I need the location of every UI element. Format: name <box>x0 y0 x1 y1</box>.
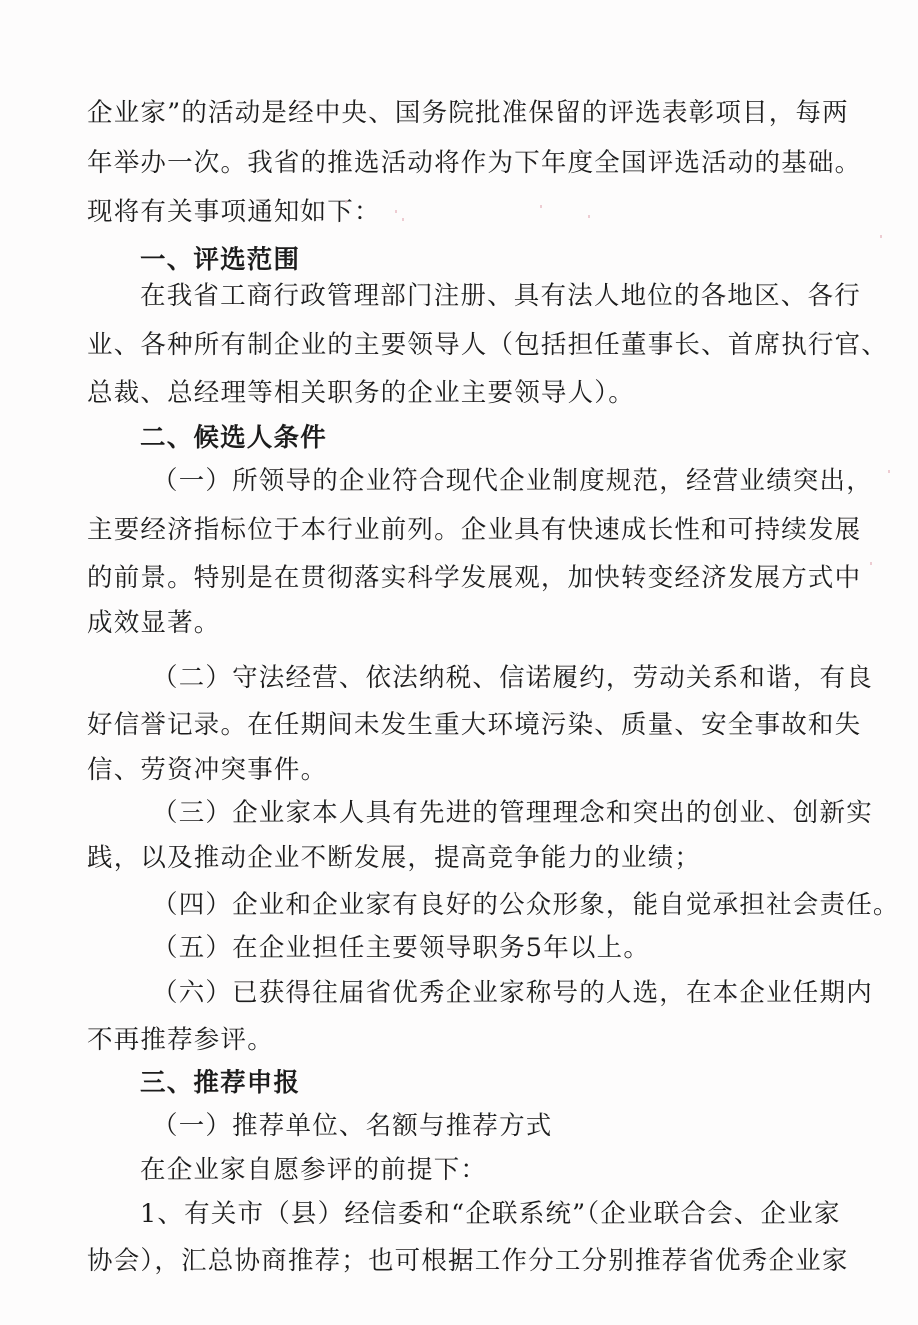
text-line: （六）已获得往届省优秀企业家称号的人选，在本企业任期内 <box>152 973 897 1013</box>
text-line: 在企业家自愿参评的前提下： <box>140 1150 885 1190</box>
text-line: 1、有关市（县）经信委和“企联系统”（企业联合会、企业家 <box>140 1194 885 1234</box>
subsection-heading: （一）推荐单位、名额与推荐方式 <box>152 1106 897 1146</box>
scan-speck <box>880 235 882 238</box>
text-line: 业、各种所有制企业的主要领导人（包括担任董事长、首席执行官、 <box>87 325 832 365</box>
text-line: 成效显著。 <box>87 603 832 643</box>
text-line: （二）守法经营、依法纳税、信诺履约，劳动关系和谐，有良 <box>152 658 897 698</box>
section-heading-2: 二、候选人条件 <box>140 418 885 458</box>
text-line: 企业家”的活动是经中央、国务院批准保留的评选表彰项目，每两 <box>87 93 832 133</box>
scan-speck <box>888 470 890 473</box>
scan-speck <box>870 562 872 565</box>
text-line: （五）在企业担任主要领导职务5年以上。 <box>152 928 897 968</box>
text-line: 现将有关事项通知如下： <box>87 192 832 232</box>
scan-speck <box>540 205 542 208</box>
document-page: 企业家”的活动是经中央、国务院批准保留的评选表彰项目，每两 年举办一次。我省的推… <box>0 0 918 1325</box>
scan-speck <box>345 200 347 203</box>
text-line: 在我省工商行政管理部门注册、具有法人地位的各地区、各行 <box>140 276 885 316</box>
text-line: （一）所领导的企业符合现代企业制度规范，经营业绩突出， <box>152 461 897 501</box>
text-line: 不再推荐参评。 <box>87 1020 832 1060</box>
section-heading-1: 一、评选范围 <box>140 240 885 280</box>
scan-speck <box>300 205 302 208</box>
section-heading-3: 三、推荐申报 <box>140 1063 885 1103</box>
scan-speck <box>395 210 397 213</box>
text-line: 总裁、总经理等相关职务的企业主要领导人）。 <box>87 373 832 413</box>
page-number: 2 <box>452 1251 460 1269</box>
text-line: 的前景。特别是在贯彻落实科学发展观，加快转变经济发展方式中 <box>87 558 832 598</box>
scan-speck <box>402 218 404 221</box>
text-line: （四）企业和企业家有良好的公众形象，能自觉承担社会责任。 <box>152 885 897 925</box>
text-line: 好信誉记录。在任期间未发生重大环境污染、质量、安全事故和失 <box>87 705 832 745</box>
text-line: 年举办一次。我省的推选活动将作为下年度全国评选活动的基础。 <box>87 143 832 183</box>
text-line: 主要经济指标位于本行业前列。企业具有快速成长性和可持续发展 <box>87 510 832 550</box>
text-line: 信、劳资冲突事件。 <box>87 750 832 790</box>
text-line: （三）企业家本人具有先进的管理理念和突出的创业、创新实 <box>152 793 897 833</box>
scan-speck <box>588 215 590 218</box>
text-line: 践，以及推动企业不断发展，提高竞争能力的业绩； <box>87 838 832 878</box>
